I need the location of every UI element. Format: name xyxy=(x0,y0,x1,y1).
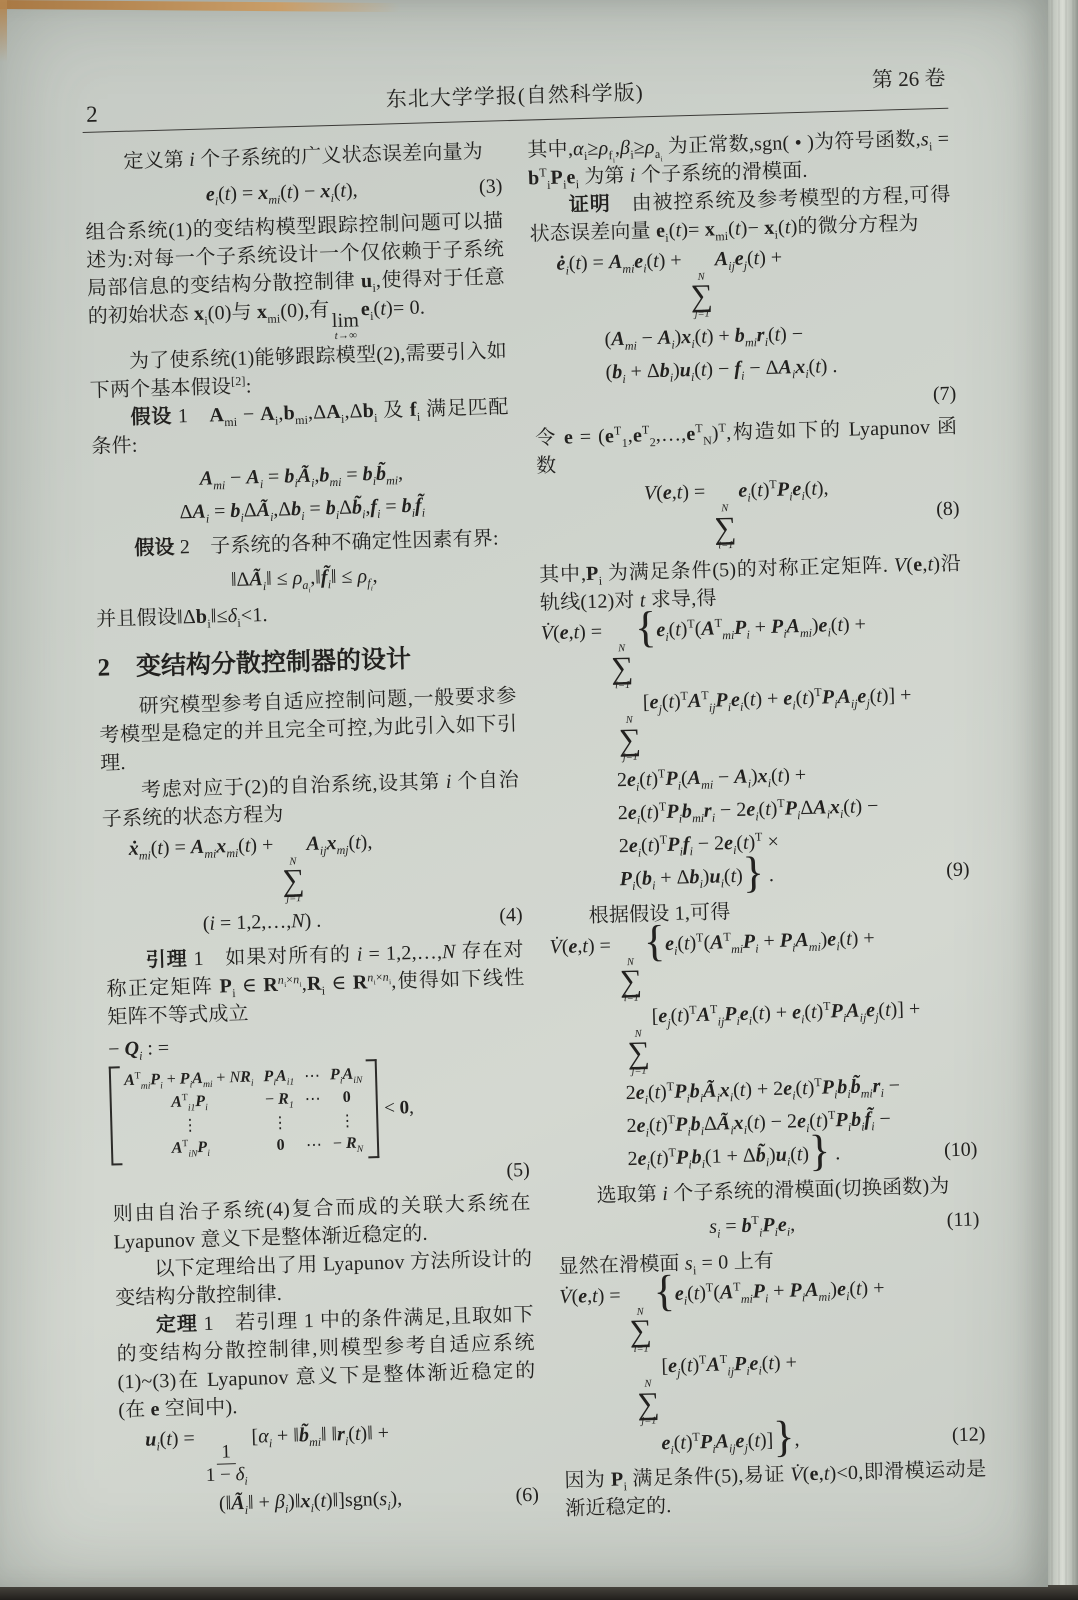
equation-body: ui(t) = 11 − δi[αi + ‖b̃mi‖ ‖ri(t)‖ + xyxy=(145,1422,391,1489)
equation-body: ΔAi = biΔÃi,Δbi = biΔb̃i,fi = bif̃i xyxy=(93,492,511,527)
paragraph: 组合系统(1)的变结构模型跟踪控制问题可以描述为:对每一个子系统设计一个仅依赖于… xyxy=(85,207,506,349)
paragraph: 考虑对应于(2)的自治系统,设其第 i 个自治子系统的状态方程为 xyxy=(101,766,520,834)
paragraph: 令 e = (eT1,eT2,…,eTN)T,构造如下的 Lyapunov 函数 xyxy=(535,413,958,481)
equation-7: ėi(t) = Amiei(t) + N∑j=1Aijej(t) + (Ami … xyxy=(530,242,956,420)
matrix-cell: ⋮ xyxy=(272,1113,289,1133)
equation-body: si = bTiPiei, xyxy=(557,1210,947,1244)
section-title: 变结构分散控制器的设计 xyxy=(136,639,412,683)
equation-body: ‖ΔÃi‖ ≤ ρai,‖f̃i‖ ≤ ρfi, xyxy=(95,561,514,596)
equation-10: V̇(e,t) = N∑i=1{ei(t)T(ATmiPi + PiAmi)ei… xyxy=(549,924,978,1178)
equation-body: 2ei(t)TPibi(1 + Δb̃i)ui(t)} . xyxy=(627,1143,840,1172)
equation-body: (‖Ãi‖ + βi)‖xi(t)‖]sgn(si), xyxy=(219,1487,403,1515)
equation-body: 2ei(t)TPibiÃixi(t) + 2ei(t)TPibib̃miri − xyxy=(625,1075,900,1106)
inequality-sign: < 0, xyxy=(384,1097,414,1120)
matrix-cell: PiAi1 xyxy=(263,1068,294,1087)
paragraph: 假设 1 Ami − Ai,bmi,ΔAi,Δbi 及 fi 满足匹配条件: xyxy=(90,393,509,461)
photo-bottom-edge xyxy=(0,1585,1078,1600)
matrix-bracket-left xyxy=(109,1066,123,1165)
equation-number: (12) xyxy=(952,1423,986,1447)
section-number: 2 xyxy=(97,654,110,682)
paragraph: 引理 1 如果对所有的 i = 1,2,…,N 存在对称正定矩阵 Pi ∈ Rn… xyxy=(105,936,525,1032)
page-content: 2 东北大学学报(自然科学版) 第 26 卷 定义第 i 个子系统的广义状态误差… xyxy=(0,0,1067,1538)
equation-8: V(e,t) = N∑i=1ei(t)TPiei(t), (8) xyxy=(537,474,961,557)
right-column: 其中,αi≥ρfi,βi≥ρai 为正常数,sgn( • )为符号函数,si =… xyxy=(527,125,988,1523)
equation-body: ẋmi(t) = Amixmi(t) + N∑j=1Aijxmj(t), xyxy=(128,831,374,909)
equation-body: ėi(t) = Amiei(t) + N∑j=1Aijej(t) + xyxy=(556,246,784,323)
equation-body: 2ei(t)TPibmiri − 2ei(t)TPiΔAixi(t) − xyxy=(618,795,879,825)
volume-label: 第 26 卷 xyxy=(872,62,946,94)
two-column-body: 定义第 i 个子系统的广义状态误差向量为 ei(t) = xmi(t) − xi… xyxy=(83,125,987,1536)
equation-body: N∑j=1[ej(t)TATijPiei(t) + ei(t)TPiAijej(… xyxy=(623,998,922,1077)
equation-12: V̇(e,t) = N∑i=1{ei(t)T(ATmiPi + PiAmi)ei… xyxy=(559,1274,986,1462)
matrix-cell: ⋮ xyxy=(182,1115,199,1135)
equation-body: ei(t)TPiAijej(t)]}, xyxy=(661,1428,800,1455)
journal-title: 东北大学学报(自然科学版) xyxy=(82,68,949,122)
matrix-cell: 0 xyxy=(276,1137,284,1155)
equation-number: (10) xyxy=(944,1139,978,1163)
paragraph: 其中,Pi 为满足条件(5)的对称正定矩阵. V(e,t)沿轨线(12)对 t … xyxy=(539,550,962,618)
equation-body: (Ami − Ai)xi(t) + bmiri(t) − xyxy=(604,323,803,352)
equation-body: V̇(e,t) = N∑i=1{ei(t)T(ATmiPi + PiAmi)ei… xyxy=(559,1277,886,1357)
paragraph: 假设 2 子系统的各种不确定性因素有界: xyxy=(94,524,513,564)
matrix-cell: ⋯ xyxy=(304,1089,321,1109)
equation-number: (9) xyxy=(946,859,970,883)
equation-body: 2ei(t)TPi(Ami − Ai)xi(t) + xyxy=(617,764,807,792)
desk-edge-top xyxy=(0,0,400,12)
matrix-cell: 0 xyxy=(343,1089,351,1107)
paragraph: 研究模型参考自适应控制问题,一般要求参考模型是稳定的并且完全可控,为此引入如下引… xyxy=(98,682,518,778)
matrix-cell: ⋮ xyxy=(339,1111,356,1131)
bound-equation: ‖ΔÃi‖ ≤ ρai,‖f̃i‖ ≤ ρfi, xyxy=(95,557,514,601)
paragraph: 定理 1 若引理 1 中的条件满足,且取如下的变结构分散控制律,则模型参考自适应… xyxy=(116,1301,537,1425)
paragraph: 因为 Pi 满足条件(5),易证 V̇(e,t)<0,即滑模运动是渐近稳定的. xyxy=(564,1455,987,1523)
equation-body: Pi(bi + Δbi)ui(t)} . xyxy=(619,864,774,891)
equation-body: V̇(e,t) = N∑i=1{ei(t)T(ATmiPi + PiAmi)ei… xyxy=(549,927,876,1007)
equation-number: (6) xyxy=(515,1483,539,1507)
equation-3: ei(t) = xmi(t) − xi(t), (3) xyxy=(84,170,503,214)
equation-body: ei(t) = xmi(t) − xi(t), xyxy=(84,175,479,209)
paragraph: 证明 由被控系统及参考模型的方程,可得状态误差向量 ei(t)= xmi(t)−… xyxy=(528,181,951,249)
scanned-page: 2 东北大学学报(自然科学版) 第 26 卷 定义第 i 个子系统的广义状态误差… xyxy=(0,0,1048,1587)
lmi-matrix: ATmiPi + PiAmi + NRi PiAi1 ⋯ PiAiN ATi1P… xyxy=(109,1055,530,1166)
matrix-cell: − RN xyxy=(333,1135,364,1154)
equation-11: si = bTiPiei, (11) xyxy=(557,1204,980,1248)
equation-body: (i = 1,2,…,N) . xyxy=(202,909,321,935)
equation-6: ui(t) = 11 − δi[αi + ‖b̃mi‖ ‖ri(t)‖ + (‖… xyxy=(119,1418,539,1523)
equation-body: 2ei(t)TPibiΔÃixi(t) − 2ei(t)TPibif̃i − xyxy=(626,1108,891,1138)
equation-number: (3) xyxy=(479,175,503,199)
matrix-cell: ⋯ xyxy=(306,1135,323,1155)
equation-number: (5) xyxy=(506,1159,530,1183)
matching-conditions-equation: Ami − Ai = biÃi,bmi = bib̃mi, ΔAi = biΔÃ… xyxy=(92,454,512,531)
equation-body: V(e,t) = N∑i=1ei(t)TPiei(t), xyxy=(537,474,937,556)
equation-body: − Qi : = xyxy=(108,1037,170,1062)
matrix-bracket-right xyxy=(366,1059,380,1158)
matrix-cell: ATi1Pi xyxy=(171,1093,208,1112)
equation-number: (4) xyxy=(499,904,523,928)
equation-body: V̇(e,t) = N∑i=1{ei(t)T(ATmiPi + PiAmi)ei… xyxy=(541,614,868,694)
matrix-cell: PiAiN xyxy=(330,1066,363,1085)
equation-number: (7) xyxy=(933,382,957,406)
paragraph: 并且假设‖Δbi‖≤δi<1. xyxy=(96,594,515,634)
equation-body: (bi + Δbi)ui(t) − fi − ΔAixi(t) . xyxy=(605,355,837,384)
equation-9: V̇(e,t) = N∑i=1{ei(t)T(ATmiPi + PiAmi)ei… xyxy=(541,611,971,898)
matrix-cell: ATmiPi + PiAmi + NRi xyxy=(124,1069,254,1091)
equation-4: ẋmi(t) = Amixmi(t) + N∑j=1Aijxmj(t), (i … xyxy=(102,827,523,943)
equation-number: (11) xyxy=(946,1209,979,1233)
equation-number: (8) xyxy=(936,498,960,522)
equation-5: − Qi : = ATmiPi + PiAmi + NRi PiAi1 ⋯ Pi… xyxy=(108,1025,530,1196)
equation-body: N∑j=1[ej(t)TATijPiei(t) + ei(t)TPiAijej(… xyxy=(615,684,914,763)
matrix-cell: ⋯ xyxy=(304,1066,321,1086)
left-column: 定义第 i 个子系统的广义状态误差向量为 ei(t) = xmi(t) − xi… xyxy=(83,137,540,1535)
matrix-cell: − R1 xyxy=(265,1091,294,1110)
desk-edge-left xyxy=(0,0,7,62)
matrix-cell: ATiNPi xyxy=(171,1139,210,1158)
paragraph: 定义第 i 个子系统的广义状态误差向量为 xyxy=(83,137,502,177)
section-heading: 2 变结构分散控制器的设计 xyxy=(97,636,516,684)
